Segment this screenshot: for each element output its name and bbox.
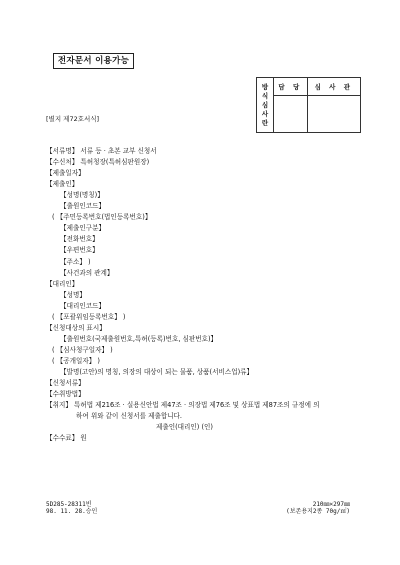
form-line-text: 제출인(대리인) (인) — [156, 423, 213, 431]
footer-left: 5D285-28311빈 98. 11. 28.승인 — [46, 501, 97, 515]
form-line: ( 【공개일자】 ) — [52, 356, 100, 367]
form-line-text: 【성명(명칭)】 — [60, 191, 104, 199]
form-line-text: 【제출인】 — [46, 180, 78, 188]
approval-date: 98. 11. 28.승인 — [46, 508, 97, 515]
form-line-text: 【포괄위임등록번호】 ) — [57, 313, 126, 321]
form-line-text: 【전화번호】 — [60, 235, 99, 243]
form-line: 제출인(대리인) (인) — [156, 422, 213, 433]
form-line-text: 【제출일자】 — [46, 169, 85, 177]
form-line-text: 【성명】 — [60, 291, 86, 299]
form-line-text: 하여 위와 같이 신청서를 제출합니다. — [76, 412, 182, 420]
form-line: 【사건과의 관계】 — [60, 268, 114, 279]
form-line-text: 【주소】 ) — [60, 258, 91, 266]
footer-right: 210㎜×297㎜ (보존용지2종 70g/㎡) — [276, 501, 350, 515]
form-line: ( 【포괄위임등록번호】 ) — [52, 312, 125, 323]
paper-size: 210㎜×297㎜ — [276, 501, 350, 508]
form-line: 【성명(명칭)】 — [60, 190, 104, 201]
form-line-text: 【수수료】 원 — [46, 434, 87, 442]
form-line: 【출원인코드】 — [60, 201, 105, 212]
form-line: 【대리인코드】 — [60, 301, 105, 312]
form-line-text: 【공개일자】 ) — [57, 357, 100, 365]
electronic-document-badge: 전자문서 이용가능 — [53, 53, 134, 69]
side-char: 식 — [262, 92, 268, 100]
form-line-text: 【서류명】 서류 등 · 초본 교부 신청서 — [46, 147, 157, 155]
form-line-text: 【취지】 특허법 제216조 · 실용신안법 제47조 · 의장법 제76조 및… — [46, 401, 319, 409]
form-number-label: [별지 제72호서식] — [46, 114, 99, 123]
form-line-text: 【발명(고안)의 명칭, 의장의 대상이 되는 물품, 상품(서비스업)류】 — [60, 368, 253, 376]
form-line-text: 【제출인구분】 — [60, 224, 105, 232]
form-line-text: 【심사청구일자】 ) — [57, 346, 113, 354]
form-line-text: 【신청대상의 표시】 — [46, 324, 106, 332]
form-line: 【출원번호(국제출원번호,특허(등록)번호, 심판번호)】 — [60, 334, 217, 345]
form-line: 【우편번호】 — [60, 245, 99, 256]
form-line: 【주소】 ) — [60, 257, 91, 268]
form-line: 【제출인】 — [46, 179, 78, 190]
form-line: 【수취방법】 — [46, 389, 85, 400]
form-line: 【신청서류】 — [46, 378, 85, 389]
approval-cell-staff[interactable] — [274, 96, 308, 133]
approval-cell-examiner[interactable] — [307, 96, 360, 133]
side-char: 심 — [262, 101, 268, 109]
form-line: 【전화번호】 — [60, 234, 99, 245]
form-line: 【수신처】 특허청장(특허심판원장) — [46, 157, 149, 168]
form-line-text: 【대리인】 — [46, 280, 78, 288]
form-line: 【신청대상의 표시】 — [46, 323, 106, 334]
side-char: 사 — [262, 110, 268, 118]
form-line: 【수수료】 원 — [46, 433, 87, 444]
form-line-text: 【출원번호(국제출원번호,특허(등록)번호, 심판번호)】 — [60, 335, 217, 343]
approval-box: 방 식 심 사 란 담 당 심 사 관 — [256, 77, 361, 133]
paper-type: (보존용지2종 70g/㎡) — [276, 508, 350, 515]
form-line-text: 【우편번호】 — [60, 246, 99, 254]
form-line-text: 【신청서류】 — [46, 379, 85, 387]
approval-col-examiner: 심 사 관 — [307, 78, 360, 96]
approval-col-staff: 담 당 — [274, 78, 308, 96]
form-line: 【발명(고안)의 명칭, 의장의 대상이 되는 물품, 상품(서비스업)류】 — [60, 367, 253, 378]
form-line: ( 【주민등록번호(법인등록번호)】 — [52, 212, 151, 223]
form-line-text: 【수신처】 특허청장(특허심판원장) — [46, 158, 149, 166]
form-line: 【제출일자】 — [46, 168, 85, 179]
form-line-text: 【주민등록번호(법인등록번호)】 — [57, 213, 152, 221]
form-line: 【서류명】 서류 등 · 초본 교부 신청서 — [46, 146, 157, 157]
form-line-text: 【수취방법】 — [46, 390, 85, 398]
side-char: 란 — [262, 119, 268, 127]
form-line: 하여 위와 같이 신청서를 제출합니다. — [76, 411, 182, 422]
form-line: 【취지】 특허법 제216조 · 실용신안법 제47조 · 의장법 제76조 및… — [46, 400, 319, 411]
approval-side-label: 방 식 심 사 란 — [257, 78, 274, 133]
form-line-text: 【사건과의 관계】 — [60, 269, 114, 277]
form-line-text: 【출원인코드】 — [60, 202, 105, 210]
form-line: 【제출인구분】 — [60, 223, 105, 234]
form-line-text: 【대리인코드】 — [60, 302, 105, 310]
form-line: 【대리인】 — [46, 279, 78, 290]
form-code: 5D285-28311빈 — [46, 501, 97, 508]
side-char: 방 — [262, 83, 268, 91]
form-line: ( 【심사청구일자】 ) — [52, 345, 113, 356]
form-line: 【성명】 — [60, 290, 86, 301]
